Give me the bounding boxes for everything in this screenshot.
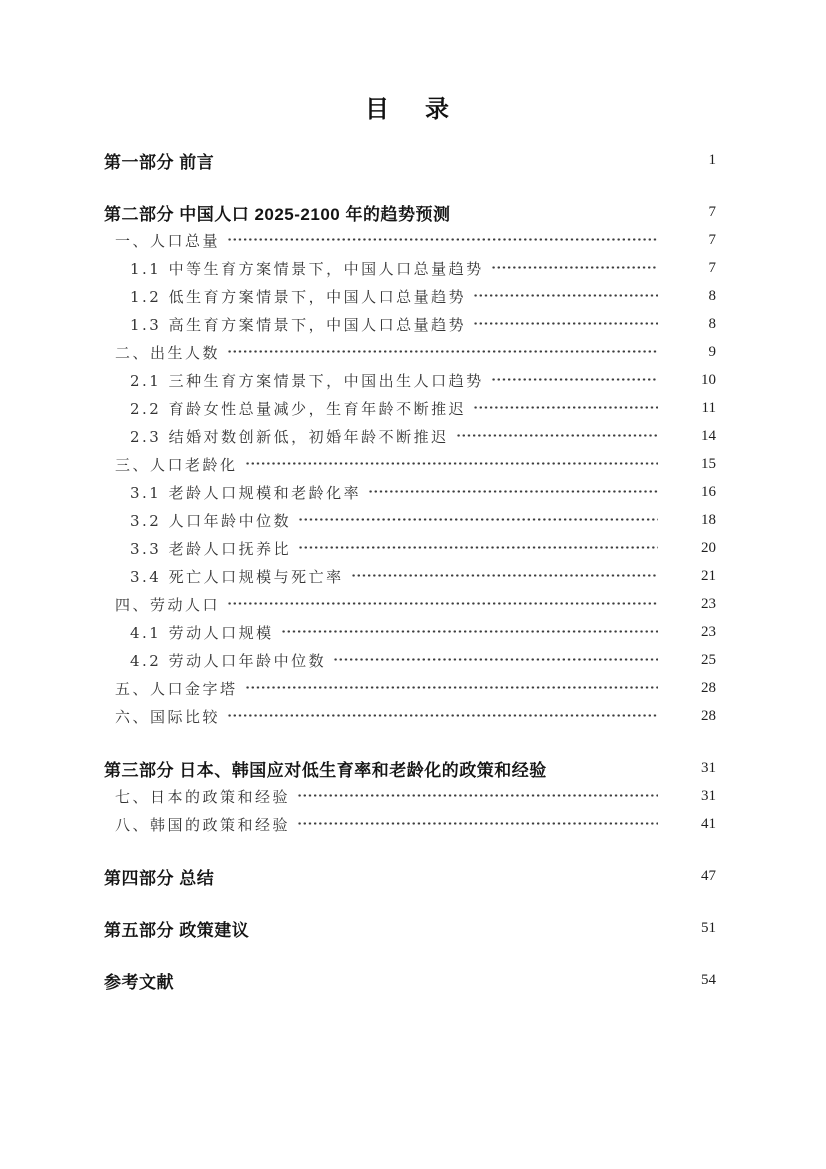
toc-entry[interactable]: 第三部分 日本、韩国应对低生育率和老龄化的政策和经验 31 (104, 754, 716, 782)
dot-leader (473, 282, 658, 310)
toc-entry-page-number: 28 (660, 708, 716, 725)
toc-entry-page-number: 51 (660, 920, 716, 937)
toc-entry-label: 八、韩国的政策和经验 (115, 814, 290, 835)
toc-entry[interactable]: 4.2 劳动人口年龄中位数 25 (104, 646, 716, 674)
dot-leader (491, 366, 658, 394)
toc-entry-page-number: 16 (660, 484, 716, 501)
toc-entry[interactable]: 八、韩国的政策和经验 41 (104, 810, 716, 838)
toc-entry-label: 三、人口老龄化 (115, 454, 238, 475)
dot-leader (227, 590, 658, 618)
toc-entry-page-number: 31 (660, 788, 716, 805)
toc-title: 目 录 (104, 96, 716, 124)
dot-leader (554, 754, 658, 782)
dot-leader (221, 862, 658, 890)
toc-entry[interactable]: 第四部分 总结 47 (104, 862, 716, 890)
toc-entry-page-number: 8 (660, 288, 716, 305)
toc-entry-label: 第一部分 前言 (104, 148, 214, 173)
toc-entry-label: 1.3 高生育方案情景下，中国人口总量趋势 (130, 314, 466, 335)
toc-entry[interactable]: 2.2 育龄女性总量减少，生育年龄不断推迟 11 (104, 394, 716, 422)
toc-entry-label: 六、国际比较 (115, 706, 220, 727)
toc-entry-label: 第三部分 日本、韩国应对低生育率和老龄化的政策和经验 (104, 756, 547, 781)
toc-entry-page-number: 54 (660, 972, 716, 989)
toc-entry-label: 第五部分 政策建议 (104, 916, 249, 941)
toc-entry-page-number: 28 (660, 680, 716, 697)
dot-leader (281, 618, 658, 646)
dot-leader (473, 310, 658, 338)
toc-entry-page-number: 41 (660, 816, 716, 833)
dot-leader (181, 966, 658, 994)
toc-entry[interactable]: 参考文献 54 (104, 966, 716, 994)
toc-entry-label: 第四部分 总结 (104, 864, 214, 889)
toc-entry[interactable]: 1.1 中等生育方案情景下，中国人口总量趋势 7 (104, 254, 716, 282)
dot-leader (298, 534, 658, 562)
toc-entry[interactable]: 3.4 死亡人口规模与死亡率 21 (104, 562, 716, 590)
toc-entry-page-number: 23 (660, 596, 716, 613)
toc-entry[interactable]: 六、国际比较 28 (104, 702, 716, 730)
toc-entry-label: 3.1 老龄人口规模和老龄化率 (130, 482, 361, 503)
toc-entry[interactable]: 七、日本的政策和经验 31 (104, 782, 716, 810)
toc-entry[interactable]: 3.2 人口年龄中位数 18 (104, 506, 716, 534)
toc-entry[interactable]: 2.3 结婚对数创新低，初婚年龄不断推迟 14 (104, 422, 716, 450)
toc-entry-page-number: 25 (660, 652, 716, 669)
dot-leader (456, 422, 658, 450)
toc-entry-label: 3.4 死亡人口规模与死亡率 (130, 566, 344, 587)
dot-leader (256, 914, 658, 942)
toc-entry[interactable]: 四、劳动人口 23 (104, 590, 716, 618)
toc-entry-label: 2.1 三种生育方案情景下，中国出生人口趋势 (130, 370, 484, 391)
dot-leader (333, 646, 658, 674)
toc-entry[interactable]: 五、人口金字塔 28 (104, 674, 716, 702)
toc-entry[interactable]: 三、人口老龄化 15 (104, 450, 716, 478)
toc-entry-label: 五、人口金字塔 (115, 678, 238, 699)
dot-leader (457, 198, 658, 226)
toc-entry-page-number: 20 (660, 540, 716, 557)
dot-leader (491, 254, 658, 282)
dot-leader (227, 338, 658, 366)
toc-entry-label: 1.2 低生育方案情景下，中国人口总量趋势 (130, 286, 466, 307)
dot-leader (473, 394, 658, 422)
toc-entry[interactable]: 第一部分 前言 1 (104, 146, 716, 174)
toc-entry-label: 二、出生人数 (115, 342, 220, 363)
dot-leader (351, 562, 658, 590)
toc-entry[interactable]: 1.2 低生育方案情景下，中国人口总量趋势 8 (104, 282, 716, 310)
toc-entry-page-number: 7 (660, 260, 716, 277)
toc-entry-page-number: 7 (660, 232, 716, 249)
toc-entry[interactable]: 二、出生人数 9 (104, 338, 716, 366)
toc-entry[interactable]: 3.1 老龄人口规模和老龄化率 16 (104, 478, 716, 506)
dot-leader (221, 146, 658, 174)
toc-entry-page-number: 9 (660, 344, 716, 361)
dot-leader (227, 702, 658, 730)
dot-leader (227, 226, 658, 254)
toc-entry-page-number: 31 (660, 760, 716, 777)
toc-entry-page-number: 7 (660, 204, 716, 221)
toc-entry-label: 2.3 结婚对数创新低，初婚年龄不断推迟 (130, 426, 449, 447)
toc-entry-label: 4.1 劳动人口规模 (130, 622, 274, 643)
toc-entry-label: 七、日本的政策和经验 (115, 786, 290, 807)
toc-entry[interactable]: 第二部分 中国人口 2025-2100 年的趋势预测 7 (104, 198, 716, 226)
toc-entry[interactable]: 4.1 劳动人口规模 23 (104, 618, 716, 646)
toc-entry[interactable]: 3.3 老龄人口抚养比 20 (104, 534, 716, 562)
toc-entry-label: 4.2 劳动人口年龄中位数 (130, 650, 326, 671)
toc-entry-page-number: 1 (660, 152, 716, 169)
dot-leader (368, 478, 658, 506)
toc-entry[interactable]: 一、人口总量 7 (104, 226, 716, 254)
toc-entry-page-number: 8 (660, 316, 716, 333)
toc-entry-label: 2.2 育龄女性总量减少，生育年龄不断推迟 (130, 398, 466, 419)
toc-entry-page-number: 21 (660, 568, 716, 585)
toc-entry-label: 四、劳动人口 (115, 594, 220, 615)
dot-leader (245, 450, 658, 478)
toc-list: 第一部分 前言 1 第二部分 中国人口 2025-2100 年的趋势预测 7 一… (104, 146, 716, 994)
toc-entry-label: 3.3 老龄人口抚养比 (130, 538, 291, 559)
toc-entry-label: 第二部分 中国人口 2025-2100 年的趋势预测 (104, 200, 450, 225)
toc-entry-page-number: 23 (660, 624, 716, 641)
toc-entry[interactable]: 1.3 高生育方案情景下，中国人口总量趋势 8 (104, 310, 716, 338)
dot-leader (297, 782, 658, 810)
dot-leader (245, 674, 658, 702)
toc-entry-label: 一、人口总量 (115, 230, 220, 251)
document-page: 目 录 第一部分 前言 1 第二部分 中国人口 2025-2100 年的趋势预测… (0, 0, 826, 1169)
toc-entry-label: 参考文献 (104, 968, 174, 993)
toc-entry[interactable]: 2.1 三种生育方案情景下，中国出生人口趋势 10 (104, 366, 716, 394)
toc-entry-page-number: 14 (660, 428, 716, 445)
dot-leader (297, 810, 658, 838)
toc-entry-label: 3.2 人口年龄中位数 (130, 510, 291, 531)
toc-entry-label: 1.1 中等生育方案情景下，中国人口总量趋势 (130, 258, 484, 279)
toc-entry-page-number: 18 (660, 512, 716, 529)
toc-entry-page-number: 11 (660, 400, 716, 417)
toc-entry-page-number: 15 (660, 456, 716, 473)
toc-entry[interactable]: 第五部分 政策建议 51 (104, 914, 716, 942)
dot-leader (298, 506, 658, 534)
toc-entry-page-number: 10 (660, 372, 716, 389)
toc-entry-page-number: 47 (660, 868, 716, 885)
